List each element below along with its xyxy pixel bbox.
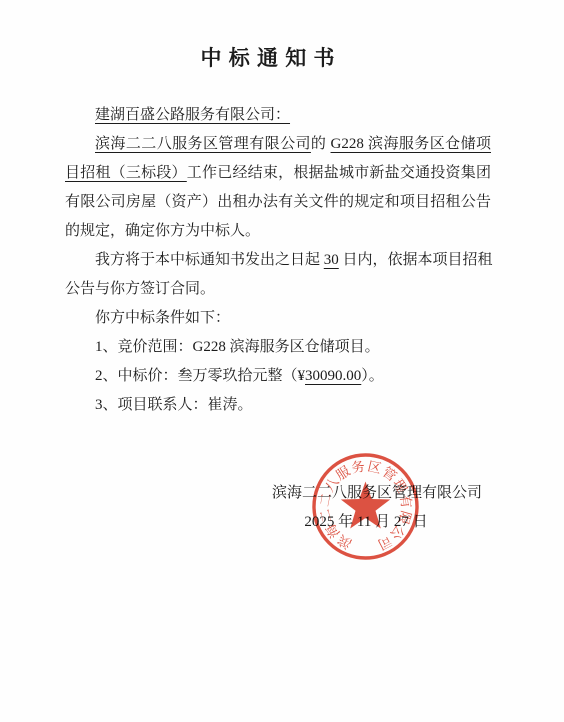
signature-date: 2025 年 11 月 27 日 bbox=[261, 512, 471, 532]
text-segment: 2、中标价：叁万零玖拾元整（¥ bbox=[95, 368, 305, 384]
signature-company: 滨海二二八服务区管理有限公司 bbox=[272, 483, 482, 503]
underlined-text: 目招租（三标段） bbox=[65, 165, 187, 181]
text-segment: 公告与你方签订合同。 bbox=[65, 281, 215, 297]
text-segment: 3、项目联系人：崔涛。 bbox=[95, 397, 253, 413]
document-title: 中 标 通 知 书 bbox=[0, 0, 550, 73]
underlined-text: 滨海二二八服务区管理有限公司 bbox=[95, 136, 311, 152]
signature-block: 滨海二二八服务区管理有限公司 2025 年 11 月 27 日 bbox=[272, 483, 482, 532]
text-segment: 的规定，确定你方为中标人。 bbox=[65, 223, 260, 239]
text-segment: 我方将于本中标通知书发出之日起 bbox=[95, 252, 324, 268]
notice-page: 中 标 通 知 书 建湖百盛公路服务有限公司：滨海二二八服务区管理有限公司的 G… bbox=[0, 0, 564, 722]
body-line: 建湖百盛公路服务有限公司： bbox=[65, 101, 491, 130]
underlined-text: 建湖百盛公路服务有限公司： bbox=[95, 107, 290, 123]
body-line: 你方中标条件如下： bbox=[65, 304, 491, 333]
body-line: 目招租（三标段）工作已经结束，根据盐城市新盐交通投资集团 bbox=[65, 159, 491, 188]
text-segment: 日内，依据本项目招租 bbox=[339, 252, 493, 268]
text-segment: 1、竞价范围：G228 滨海服务区仓储项目。 bbox=[95, 339, 380, 355]
text-segment: 有限公司房屋（资产）出租办法有关文件的规定和项目招租公告 bbox=[65, 194, 491, 210]
body-line: 2、中标价：叁万零玖拾元整（¥30090.00）。 bbox=[65, 362, 491, 391]
body-line: 滨海二二八服务区管理有限公司的 G228 滨海服务区仓储项 bbox=[65, 130, 491, 159]
text-segment: ）。 bbox=[361, 368, 384, 384]
text-segment: 的 bbox=[311, 136, 331, 152]
body-line: 3、项目联系人：崔涛。 bbox=[65, 391, 491, 420]
text-segment: 工作已经结束，根据盐城市新盐交通投资集团 bbox=[187, 165, 491, 181]
body-line: 公告与你方签订合同。 bbox=[65, 275, 491, 304]
underlined-text: G228 滨海服务区仓储项 bbox=[331, 136, 491, 152]
underlined-text: 30 bbox=[324, 252, 339, 268]
text-segment: 你方中标条件如下： bbox=[95, 310, 230, 326]
body-line: 的规定，确定你方为中标人。 bbox=[65, 217, 491, 246]
underlined-text: 30090.00 bbox=[305, 368, 361, 384]
body-line: 1、竞价范围：G228 滨海服务区仓储项目。 bbox=[65, 333, 491, 362]
body-line: 有限公司房屋（资产）出租办法有关文件的规定和项目招租公告 bbox=[65, 188, 491, 217]
body-line: 我方将于本中标通知书发出之日起 30 日内，依据本项目招租 bbox=[65, 246, 491, 275]
document-body: 建湖百盛公路服务有限公司：滨海二二八服务区管理有限公司的 G228 滨海服务区仓… bbox=[65, 101, 491, 420]
